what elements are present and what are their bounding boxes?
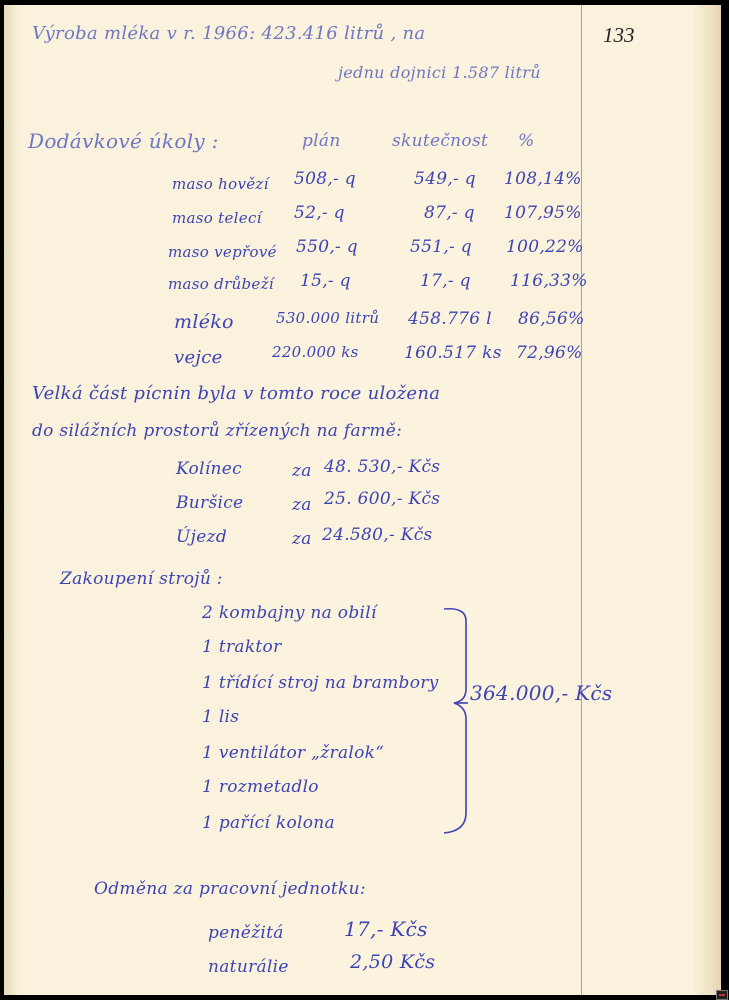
reward-label: peněžitá	[208, 923, 284, 943]
header-percent: %	[518, 131, 534, 151]
row-percent: 86,56%	[518, 309, 585, 329]
reward-value: 2,50 Kčs	[350, 951, 435, 973]
row-actual: 458.776 l	[408, 309, 492, 329]
delivery-title: Dodávkové úkoly :	[28, 129, 219, 153]
silage-amount: 48. 530,- Kčs	[324, 457, 440, 477]
row-item: maso drůbeží	[168, 275, 274, 293]
row-percent: 72,96%	[516, 343, 583, 363]
row-actual: 87,- q	[424, 203, 475, 223]
silage-place: Újezd	[176, 527, 227, 547]
row-plan: 15,- q	[300, 271, 351, 291]
curly-brace-icon	[428, 603, 478, 839]
row-plan: 508,- q	[294, 169, 356, 189]
machine-item: 1 třídící stroj na brambory	[202, 673, 439, 693]
silage-place: Buršice	[176, 493, 243, 513]
row-actual: 160.517 ks	[404, 343, 502, 363]
machine-item: 1 rozmetadlo	[202, 777, 319, 797]
row-item: maso hovězí	[172, 175, 269, 193]
milk-line-1: Výroba mléka v r. 1966: 423.416 litrů , …	[32, 23, 425, 44]
silage-line-1: Velká část pícnin byla v tomto roce ulož…	[32, 383, 440, 404]
machine-item: 1 lis	[202, 707, 239, 727]
milk-line-2: jednu dojnici 1.587 litrů	[338, 63, 541, 82]
margin-line	[581, 5, 582, 995]
row-percent: 107,95%	[504, 203, 582, 223]
silage-line-2: do silážních prostorů zřízených na farmě…	[32, 421, 402, 441]
silage-place: Kolínec	[176, 459, 242, 479]
silage-za: za	[292, 495, 312, 515]
reward-title: Odměna za pracovní jednotku:	[94, 879, 366, 899]
machine-item: 1 traktor	[202, 637, 282, 657]
row-item: maso vepřové	[168, 243, 277, 261]
minimize-icon[interactable]	[716, 990, 728, 1000]
row-actual: 17,- q	[420, 271, 471, 291]
machine-item: 1 ventilátor „žralok“	[202, 743, 384, 763]
row-percent: 108,14%	[504, 169, 582, 189]
reward-label: naturálie	[208, 957, 289, 977]
machines-total: 364.000,- Kčs	[470, 681, 612, 705]
chronicle-page: 133 Výroba mléka v r. 1966: 423.416 litr…	[4, 5, 721, 995]
reward-value: 17,- Kčs	[344, 917, 428, 941]
row-percent: 100,22%	[506, 237, 584, 257]
page-number: 133	[603, 23, 635, 48]
silage-za: za	[292, 461, 312, 481]
machine-item: 1 pařící kolona	[202, 813, 335, 833]
row-plan: 550,- q	[296, 237, 358, 257]
row-actual: 551,- q	[410, 237, 472, 257]
row-plan: 530.000 litrů	[276, 309, 379, 327]
machines-title: Zakoupení strojů :	[60, 569, 223, 589]
header-actual: skutečnost	[392, 131, 488, 151]
silage-za: za	[292, 529, 312, 549]
row-item: mléko	[174, 311, 234, 333]
machine-item: 2 kombajny na obilí	[202, 603, 377, 623]
header-plan: plán	[302, 131, 341, 151]
row-plan: 52,- q	[294, 203, 345, 223]
row-percent: 116,33%	[510, 271, 588, 291]
silage-amount: 25. 600,- Kčs	[324, 489, 440, 509]
row-item: vejce	[174, 347, 223, 368]
row-plan: 220.000 ks	[272, 343, 359, 361]
silage-amount: 24.580,- Kčs	[322, 525, 433, 545]
row-item: maso telecí	[172, 209, 262, 227]
row-actual: 549,- q	[414, 169, 476, 189]
